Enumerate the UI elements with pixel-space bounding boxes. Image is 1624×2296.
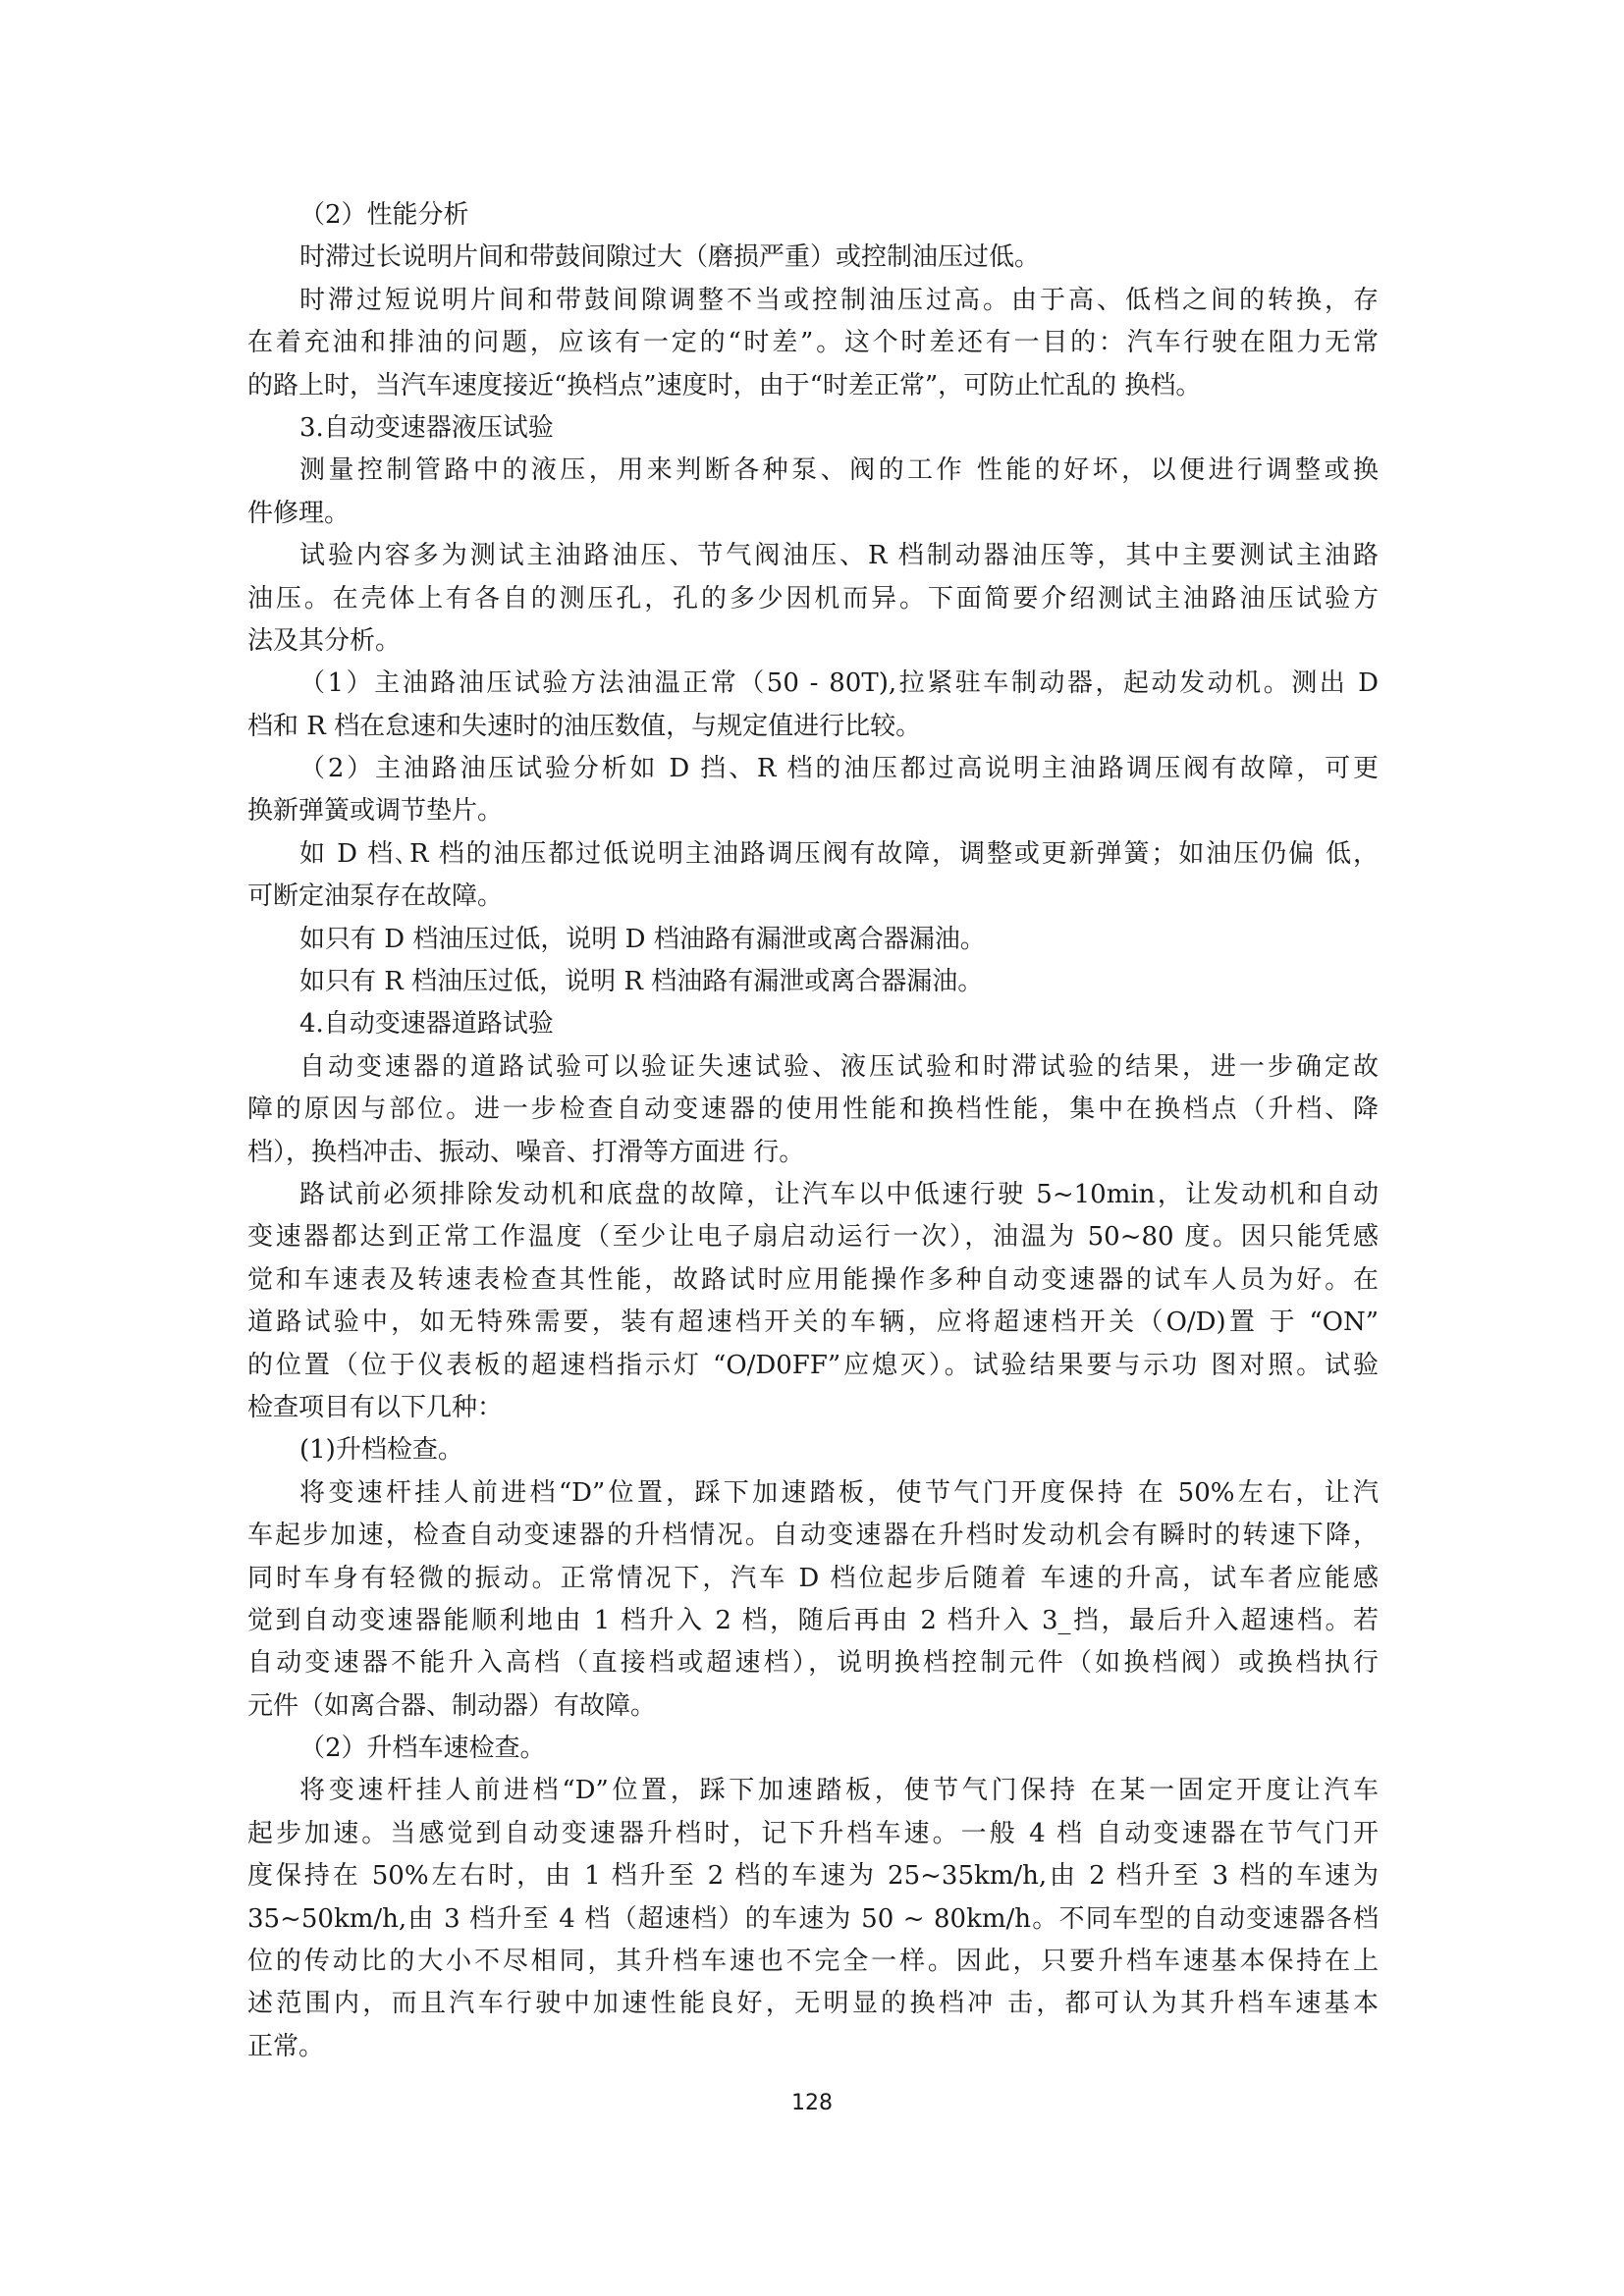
text-line: 觉到自动变速器能顺利地由 1 档升入 2 档，随后再由 2 档升入 3_挡，最后… bbox=[247, 1600, 1379, 1642]
text-line: 档），换档冲击、振动、噪音、打滑等方面进 行。 bbox=[247, 1132, 1379, 1174]
text-line: 变速器都达到正常工作温度（至少让电子扇启动运行一次），油温为 50~80 度。因… bbox=[247, 1216, 1379, 1258]
text-line: 元件（如离合器、制动器）有故障。 bbox=[247, 1685, 1379, 1728]
text-line: 自动变速器的道路试验可以验证失速试验、液压试验和时滞试验的结果，进一步确定故 bbox=[247, 1046, 1379, 1089]
text-line: 将变速杆挂人前进档“D”位置，踩下加速踏板，使节气门开度保持 在 50%左右，让… bbox=[247, 1472, 1379, 1515]
text-line: 试验内容多为测试主油路油压、节气阀油压、R 档制动器油压等，其中主要测试主油路 bbox=[247, 535, 1379, 577]
text-line: 起步加速。当感觉到自动变速器升档时，记下升档车速。一般 4 档 自动变速器在节气… bbox=[247, 1813, 1379, 1855]
text-line: 档和 R 档在怠速和失速时的油压数值，与规定值进行比较。 bbox=[247, 706, 1379, 748]
page-number: 128 bbox=[0, 2091, 1624, 2115]
text-line: 在着充油和排油的问题，应该有一定的“时差”。这个时差还有一目的：汽车行驶在阻力无… bbox=[247, 322, 1379, 364]
text-line: 检查项目有以下几种： bbox=[247, 1387, 1379, 1429]
text-line: 正常。 bbox=[247, 2026, 1379, 2068]
text-line: 件修理。 bbox=[247, 493, 1379, 535]
text-line: 路试前必须排除发动机和底盘的故障，让汽车以中低速行驶 5~10min，让发动机和… bbox=[247, 1174, 1379, 1216]
text-line: 自动变速器不能升入高档（直接档或超速档），说明换档控制元件（如换档阀）或换档执行 bbox=[247, 1642, 1379, 1684]
text-line: 的路上时，当汽车速度接近“换档点”速度时，由于“时差正常”，可防止忙乱的 换档。 bbox=[247, 365, 1379, 407]
text-line: 如 D 档､R 档的油压都过低说明主油路调压阀有故障，调整或更新弹簧；如油压仍偏… bbox=[247, 833, 1379, 876]
text-line: 时滞过短说明片间和带鼓间隙调整不当或控制油压过高。由于高、低档之间的转换，存 bbox=[247, 280, 1379, 322]
text-line: 油压。在壳体上有各自的测压孔，孔的多少因机而异。下面简要介绍测试主油路油压试验方 bbox=[247, 578, 1379, 620]
text-line: （2）主油路油压试验分析如 D 挡、R 档的油压都过高说明主油路调压阀有故障，可… bbox=[247, 748, 1379, 790]
text-line: （1）主油路油压试验方法油温正常（50 - 80T),拉紧驻车制动器，起动发动机… bbox=[247, 663, 1379, 705]
document-page: （2）性能分析时滞过长说明片间和带鼓间隙过大（磨损严重）或控制油压过低。时滞过短… bbox=[0, 0, 1624, 2296]
body-text: （2）性能分析时滞过长说明片间和带鼓间隙过大（磨损严重）或控制油压过低。时滞过短… bbox=[247, 194, 1379, 2068]
text-line: 障的原因与部位。进一步检查自动变速器的使用性能和换档性能，集中在换档点（升档、降 bbox=[247, 1089, 1379, 1131]
text-line: 3.自动变速器液压试验 bbox=[247, 407, 1379, 450]
text-line: (1)升档检查。 bbox=[247, 1429, 1379, 1471]
text-line: （2）性能分析 bbox=[247, 194, 1379, 237]
text-line: 时滞过长说明片间和带鼓间隙过大（磨损严重）或控制油压过低。 bbox=[247, 237, 1379, 279]
text-line: 35~50km/h,由 3 档升至 4 档（超速档）的车速为 50 ~ 80km… bbox=[247, 1898, 1379, 1941]
text-line: 如只有 D 档油压过低，说明 D 档油路有漏泄或离合器漏油。 bbox=[247, 919, 1379, 961]
text-line: 的位置（位于仪表板的超速档指示灯 “O/D0FF”应熄灭）。试验结果要与示功 图… bbox=[247, 1345, 1379, 1387]
text-line: 测量控制管路中的液压，用来判断各种泵、阀的工作 性能的好坏，以便进行调整或换 bbox=[247, 450, 1379, 492]
text-line: （2）升档车速检查。 bbox=[247, 1728, 1379, 1770]
text-line: 将变速杆挂人前进档“D”位置，踩下加速踏板，使节气门保持 在某一固定开度让汽车 bbox=[247, 1770, 1379, 1812]
text-line: 位的传动比的大小不尽相同，其升档车速也不完全一样。因此，只要升档车速基本保持在上 bbox=[247, 1941, 1379, 1983]
text-line: 觉和车速表及转速表检查其性能，故路试时应用能操作多种自动变速器的试车人员为好。在 bbox=[247, 1259, 1379, 1302]
text-line: 车起步加速，检查自动变速器的升档情况。自动变速器在升档时发动机会有瞬时的转速下降… bbox=[247, 1515, 1379, 1557]
text-line: 法及其分析。 bbox=[247, 620, 1379, 663]
text-line: 如只有 R 档油压过低，说明 R 档油路有漏泄或离合器漏油。 bbox=[247, 961, 1379, 1003]
text-line: 换新弹簧或调节垫片。 bbox=[247, 790, 1379, 832]
text-line: 度保持在 50%左右时，由 1 档升至 2 档的车速为 25~35km/h,由 … bbox=[247, 1855, 1379, 1897]
text-line: 同时车身有轻微的振动。正常情况下，汽车 D 档位起步后随着 车速的升高，试车者应… bbox=[247, 1558, 1379, 1600]
text-line: 道路试验中，如无特殊需要，装有超速档开关的车辆，应将超速档开关（O/D)置 于 … bbox=[247, 1302, 1379, 1344]
text-line: 可断定油泵存在故障。 bbox=[247, 876, 1379, 918]
text-line: 述范围内，而且汽车行驶中加速性能良好，无明显的换档冲 击，都可认为其升档车速基本 bbox=[247, 1983, 1379, 2025]
text-line: 4.自动变速器道路试验 bbox=[247, 1003, 1379, 1045]
